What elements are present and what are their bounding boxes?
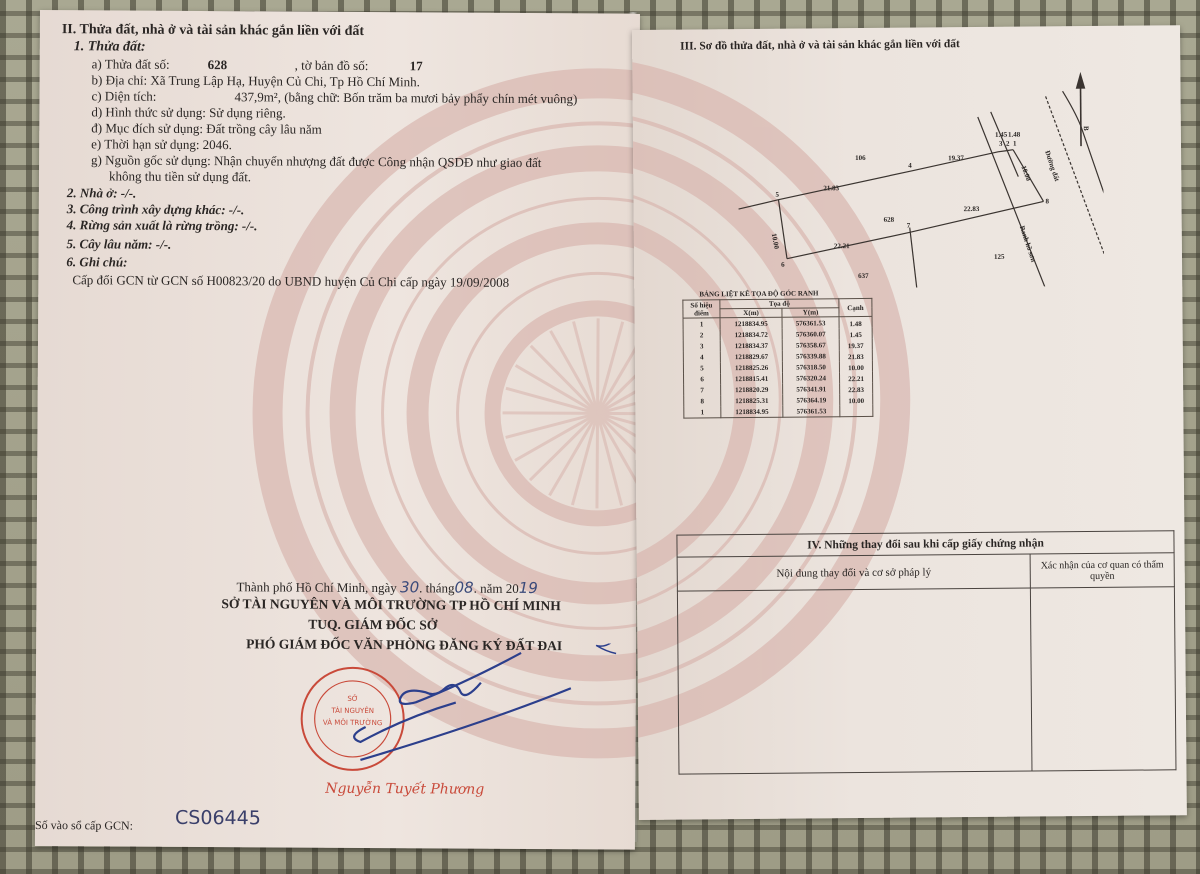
header-point: Số hiệu điểm (683, 300, 720, 318)
subsection-parcel: 1. Thửa đất: (74, 39, 146, 54)
coord-cell-pt: 5 (683, 362, 720, 373)
register-label: Số vào sổ cấp GCN: (35, 818, 133, 834)
usage-form: d) Hình thức sử dụng: Sử dụng riêng. (91, 104, 286, 120)
coord-cell-x: 1218825.31 (721, 395, 783, 407)
coord-cell-x: 1218834.95 (721, 406, 783, 418)
coord-cell-x: 1218815.41 (720, 373, 782, 385)
coord-cell-pt: 6 (684, 373, 721, 384)
coord-cell-edge: 21.83 (839, 350, 872, 361)
coord-cell-y: 576361.53 (783, 405, 840, 417)
parcel-number-label: a) Thửa đất số: (92, 56, 170, 71)
coord-cell-pt: 8 (684, 395, 721, 406)
coord-cell-y: 576364.19 (783, 394, 840, 405)
coord-cell-x: 1218829.67 (720, 351, 782, 363)
edge-6-7: 22.21 (834, 242, 850, 250)
authority-name: SỞ TÀI NGUYÊN VÀ MÔI TRƯỜNG TP HỒ CHÍ MI… (221, 596, 561, 613)
coord-cell-pt: 4 (683, 351, 720, 362)
coord-cell-y: 576358.67 (782, 339, 839, 350)
date-year-suffix: 19 (519, 579, 538, 597)
coord-cell-y: 576318.50 (783, 361, 840, 372)
usage-purpose: đ) Mục đích sử dụng: Đất trồng cây lâu n… (91, 120, 322, 136)
section-ii-title: II. Thửa đất, nhà ở và tài sản khác gắn … (62, 22, 364, 39)
neighbor-125: 125 (994, 253, 1005, 261)
coord-cell-x: 1218820.29 (721, 384, 783, 396)
coord-cell-edge (840, 405, 873, 417)
item-production-forest: 4. Rừng sản xuất là rừng trồng: -/-. (67, 217, 258, 233)
date-prefix: Thành phố Hồ Chí Minh, ngày (236, 579, 396, 595)
date-month-label: tháng (426, 580, 455, 595)
changes-col-content: Nội dung thay đổi và cơ sở pháp lý (677, 554, 1030, 591)
coord-cell-pt: 7 (684, 384, 721, 395)
coord-cell-edge: 22.21 (839, 372, 872, 383)
edge-5-6: 10.00 (770, 233, 781, 250)
coord-cell-edge: 1.48 (839, 316, 872, 328)
address-line: b) Địa chỉ: Xã Trung Lập Hạ, Huyện Củ Ch… (92, 72, 420, 89)
changes-table: IV. Những thay đổi sau khi cấp giấy chứn… (676, 530, 1176, 774)
right-page: III. Sơ đồ thửa đất, nhà ở và tài sản kh… (632, 25, 1187, 820)
item-perennial-trees: 5. Cây lâu năm: -/-. (67, 236, 172, 252)
usage-origin: g) Nguồn gốc sử dụng: Nhận chuyển nhượng… (91, 152, 541, 170)
edge-3-4: 19.37 (948, 154, 964, 162)
map-sheet-label: , tờ bản đồ số: (295, 58, 369, 73)
changes-content-cell (677, 588, 1032, 774)
ditch-label: Ranh hồ sơn (1018, 225, 1038, 263)
map-sheet-value: 17 (410, 58, 423, 73)
point-5: 5 (775, 191, 779, 199)
edge-1-2: 1.48 (1008, 131, 1021, 139)
date-line: Thành phố Hồ Chí Minh, ngày 30. tháng08.… (236, 579, 537, 596)
signer-name: Nguyễn Tuyết Phương (325, 782, 484, 798)
left-page: II. Thửa đất, nhà ở và tài sản khác gắn … (35, 10, 640, 850)
coord-cell-y: 576360.07 (782, 328, 839, 339)
coord-cell-y: 576320.24 (783, 372, 840, 383)
coord-cell-x: 1218825.26 (720, 362, 782, 374)
point-6: 6 (781, 261, 785, 269)
point-2: 2 (1006, 140, 1010, 148)
point-4: 4 (908, 162, 912, 170)
coord-cell-y: 576341.91 (783, 383, 840, 394)
coord-cell-pt: 2 (683, 329, 720, 340)
edge-4-5: 21.83 (823, 184, 839, 192)
point-1: 1 (1013, 140, 1017, 148)
edge-7-8: 22.83 (964, 205, 980, 213)
point-8: 8 (1045, 197, 1049, 205)
tuq-line: TUQ. GIÁM ĐỐC SỞ (308, 617, 437, 633)
coord-cell-pt: 1 (683, 318, 720, 330)
parcel-number-value: 628 (208, 57, 228, 72)
changes-confirm-cell (1030, 587, 1176, 771)
coord-cell-edge: 10.00 (839, 361, 872, 372)
plot-sketch: 106 125 637 628 3 2 1 4 5 6 7 8 1.48 1.4… (722, 66, 1104, 289)
coord-cell-edge: 10.00 (840, 394, 873, 405)
coord-cell-x: 1218834.72 (720, 329, 782, 341)
point-7: 7 (907, 222, 911, 230)
item-other-construction: 3. Công trình xây dựng khác: -/-. (67, 201, 245, 217)
coord-table: Số hiệu điểm Tọa độ Cạnh X(m) Y(m) 11218… (682, 298, 873, 419)
coord-cell-x: 1218834.37 (720, 340, 782, 352)
date-month: 08 (454, 579, 473, 597)
coord-cell-y: 576339.88 (783, 350, 840, 361)
coord-cell-edge: 19.37 (839, 339, 872, 350)
item-notes: 6. Ghi chú: (66, 254, 127, 269)
area-value: 437,9m², (bằng chữ: Bốn trăm ba mươi bảy… (234, 89, 577, 106)
usage-term: e) Thời hạn sử dụng: 2046. (91, 136, 232, 152)
signature (305, 642, 626, 774)
item-house: 2. Nhà ở: -/-. (67, 185, 137, 200)
coord-cell-edge: 22.83 (840, 383, 873, 394)
section-iii-title: III. Sơ đồ thửa đất, nhà ở và tài sản kh… (680, 37, 960, 54)
area-label: c) Diện tích: (91, 88, 156, 103)
neighbor-637: 637 (858, 272, 869, 280)
header-edge: Cạnh (839, 298, 872, 316)
north-label: B (1082, 126, 1090, 131)
edge-8-1: 10.00 (1019, 165, 1032, 183)
coord-cell-pt: 3 (683, 340, 720, 351)
coord-cell-edge: 1.45 (839, 328, 872, 339)
edge-2-3: 1.45 (995, 131, 1008, 139)
changes-col-confirm: Xác nhận của cơ quan có thẩm quyền (1030, 553, 1174, 588)
date-day: 30 (400, 578, 419, 596)
coord-cell-y: 576361.53 (782, 317, 839, 329)
coord-row: 11218834.95576361.53 (684, 405, 873, 418)
note-text: Cấp đổi GCN từ GCN số H00823/20 do UBND … (72, 272, 509, 290)
header-y: Y(m) (782, 308, 839, 317)
neighbor-106: 106 (855, 154, 866, 162)
point-3: 3 (999, 140, 1003, 148)
date-year-label: năm 20 (480, 581, 519, 596)
usage-origin-cont: không thu tiền sử dụng đất. (109, 168, 251, 184)
coord-cell-pt: 1 (684, 406, 721, 418)
road-label: Đường đất (1043, 149, 1061, 183)
coord-cell-x: 1218834.95 (720, 317, 782, 329)
parcel-label: 628 (884, 216, 895, 224)
register-value: CS06445 (175, 811, 261, 827)
